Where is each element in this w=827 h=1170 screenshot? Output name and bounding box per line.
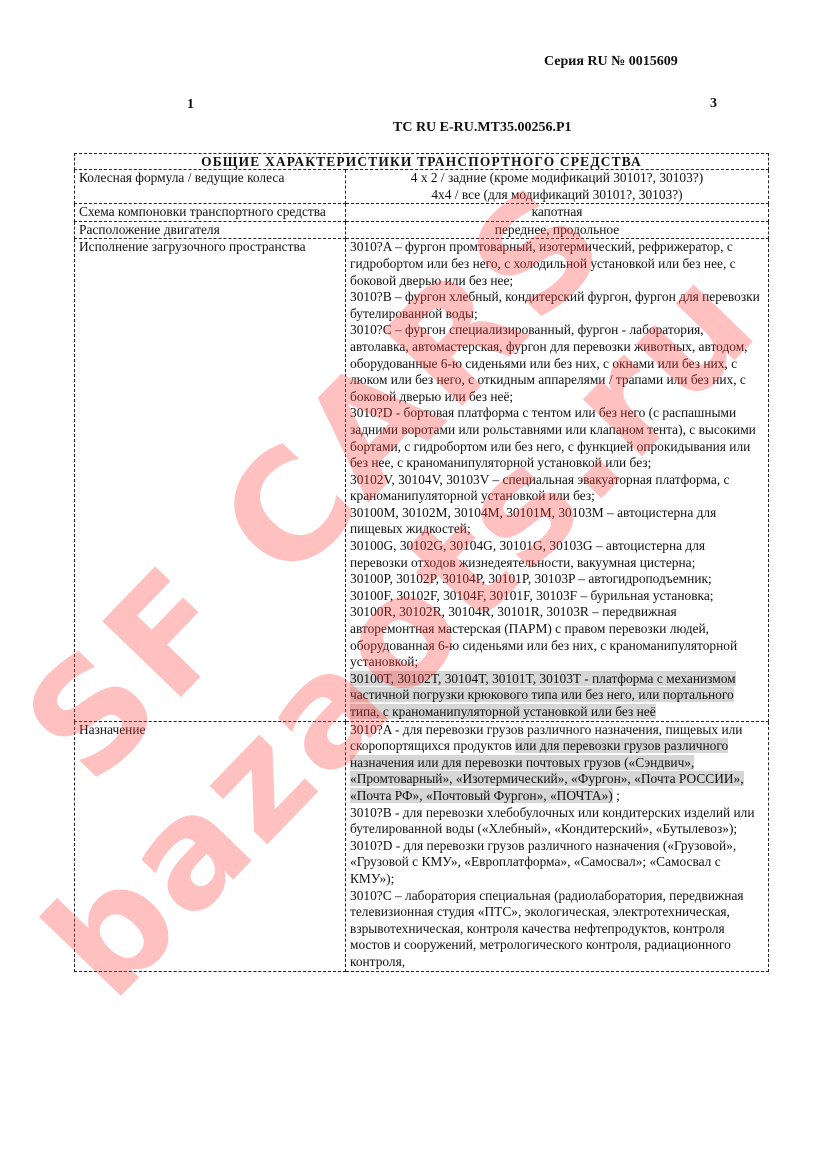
list-item: 3010?C – фургон специализированный, фург… [350, 322, 764, 405]
list-item: 3010?D - бортовая платформа с тентом или… [350, 405, 764, 471]
table-row: Исполнение загрузочного пространства 301… [75, 239, 769, 721]
row-value-cargo-space: 3010?A – фургон промтоварный, изотермиче… [346, 239, 769, 721]
list-item: 3010?B – фургон хлебный, кондитерский фу… [350, 289, 764, 322]
row-value-purpose: 3010?A - для перевозки грузов различного… [346, 721, 769, 971]
list-item-highlighted: 30100T, 30102T, 30104T, 30101T, 30103T -… [350, 671, 736, 719]
list-item: 3010?D - для перевозки грузов различного… [350, 838, 764, 888]
row-value-layout: капотная [346, 204, 769, 222]
table-title-row: ОБЩИЕ ХАРАКТЕРИСТИКИ ТРАНСПОРТНОГО СРЕДС… [75, 154, 769, 170]
row-label-engine-position: Расположение двигателя [75, 221, 346, 239]
purpose-item-a: 3010?A - для перевозки грузов различного… [350, 722, 744, 803]
value-line: 4 х 2 / задние (кроме модификаций 30101?… [350, 170, 764, 187]
list-item: 3010?A – фургон промтоварный, изотермиче… [350, 239, 764, 289]
list-item: 3010?C – лаборатория специальная (радиол… [350, 888, 764, 971]
table-row: Колесная формула / ведущие колеса 4 х 2 … [75, 170, 769, 204]
value-line: 4х4 / все (для модификаций 30101?, 30103… [350, 187, 764, 204]
row-label-cargo-space: Исполнение загрузочного пространства [75, 239, 346, 721]
list-item: 30102V, 30104V, 30103V – специальная эва… [350, 472, 764, 505]
table-title: ОБЩИЕ ХАРАКТЕРИСТИКИ ТРАНСПОРТНОГО СРЕДС… [75, 154, 769, 170]
page-number-left: 1 [187, 97, 194, 113]
list-item: 30100P, 30102P, 30104P, 30101P, 30103P –… [350, 571, 764, 588]
row-label-layout: Схема компоновки транспортного средства [75, 204, 346, 222]
row-label-wheel-formula: Колесная формула / ведущие колеса [75, 170, 346, 204]
purpose-item-a-tail: ; [613, 788, 620, 803]
vehicle-characteristics-table: ОБЩИЕ ХАРАКТЕРИСТИКИ ТРАНСПОРТНОГО СРЕДС… [74, 153, 769, 972]
series-number: Серия RU № 0015609 [544, 54, 678, 70]
list-item: 3010?B - для перевозки хлебобулочных или… [350, 805, 764, 838]
row-value-engine-position: переднее, продольное [346, 221, 769, 239]
list-item: 30100F, 30102F, 30104F, 30101F, 30103F –… [350, 588, 764, 605]
certificate-number: ТС RU E-RU.МТ35.00256.Р1 [393, 120, 572, 136]
table-row: Схема компоновки транспортного средства … [75, 204, 769, 222]
list-item: 30100M, 30102M, 30104M, 30101M, 30103M –… [350, 505, 764, 538]
row-label-purpose: Назначение [75, 721, 346, 971]
list-item: 30100G, 30102G, 30104G, 30101G, 30103G –… [350, 538, 764, 571]
row-value-wheel-formula: 4 х 2 / задние (кроме модификаций 30101?… [346, 170, 769, 204]
page-number-right: 3 [710, 96, 717, 112]
list-item: 30100R, 30102R, 30104R, 30101R, 30103R –… [350, 604, 764, 670]
table-row: Назначение 3010?A - для перевозки грузов… [75, 721, 769, 971]
table-row: Расположение двигателя переднее, продоль… [75, 221, 769, 239]
